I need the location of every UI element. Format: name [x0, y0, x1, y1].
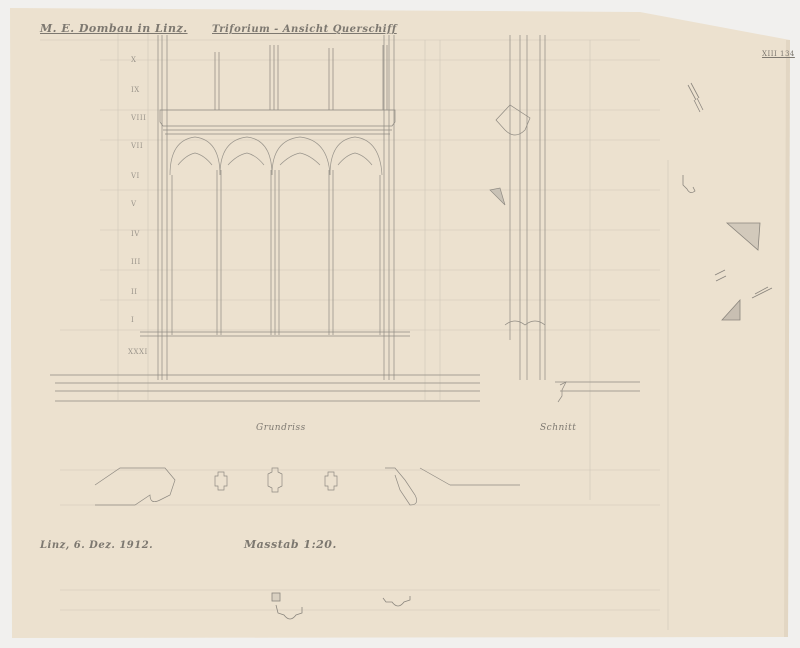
course-numeral: VII [131, 142, 143, 150]
course-numeral: I [131, 316, 134, 324]
course-numeral: VIII [131, 114, 146, 122]
plan-label: Grundriss [256, 423, 306, 433]
scale-label: Masstab 1:20. [244, 538, 337, 551]
course-numeral: XXXI [128, 348, 148, 356]
catalog-number: XIII 134 [762, 50, 795, 58]
course-numeral: IV [131, 230, 140, 238]
office-label: M. E. Dombau in Linz. [40, 22, 188, 35]
drawing-title: Triforium - Ansicht Querschiff [212, 24, 397, 35]
section-label: Schnitt [540, 423, 576, 433]
course-numeral: V [131, 200, 137, 208]
course-numeral: II [131, 288, 138, 296]
course-numeral: III [131, 258, 141, 266]
course-numeral: VI [131, 172, 140, 180]
course-numeral: X [131, 56, 136, 64]
course-numeral: IX [131, 86, 140, 94]
place-date: Linz, 6. Dez. 1912. [40, 540, 153, 551]
